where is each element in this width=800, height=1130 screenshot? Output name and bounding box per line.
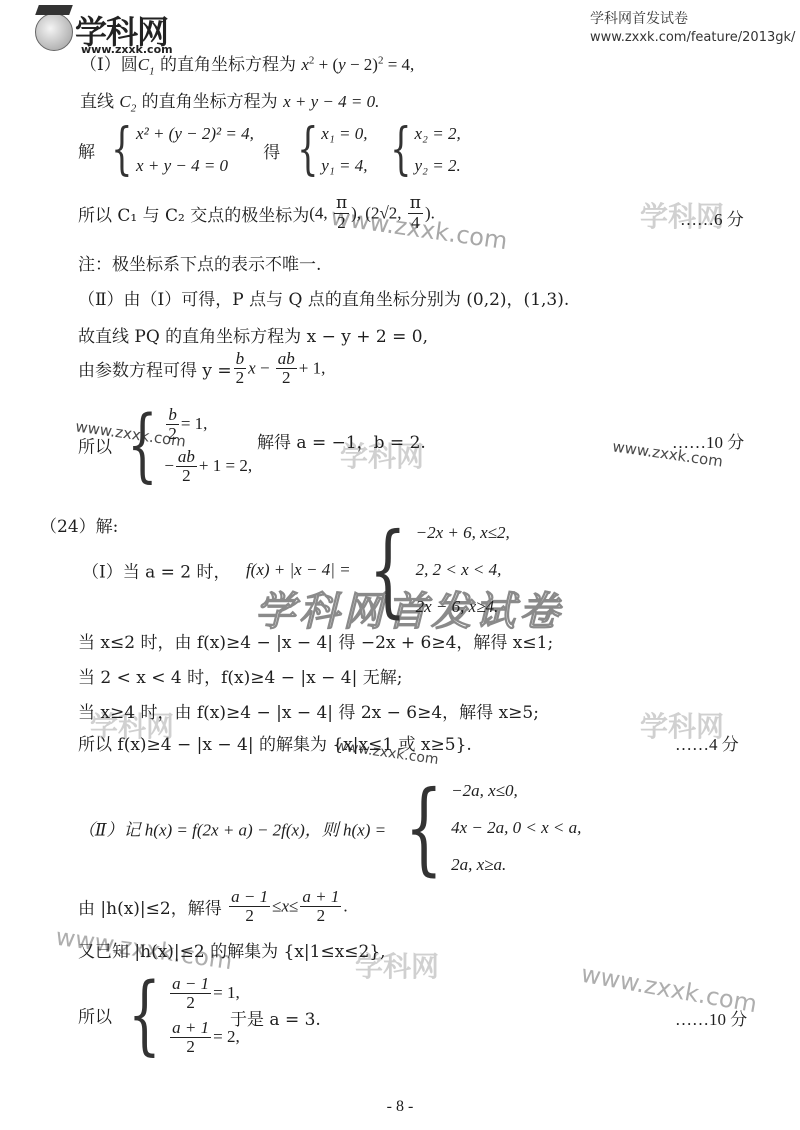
header-link[interactable]: www.zxxk.com/feature/2013gk/: [590, 30, 795, 45]
q24-part2-piecewise: （Ⅱ）记 h(x) = f(2x + a) − 2f(x)，则 h(x) = {…: [78, 778, 581, 878]
q23-part2-system: 所以 { b2= 1, −ab2+ 1 = 2,: [78, 405, 252, 485]
q23-part2-line2: 故直线 PQ 的直角坐标方程为 x − y + 2 = 0,: [78, 322, 428, 347]
header-info: 学科网首发试卷 www.zxxk.com/feature/2013gk/: [590, 8, 795, 45]
q24-line-f: 又已知 |h(x)|≤2 的解集为 {x|1≤x≤2},: [78, 937, 386, 962]
q24-line-c: 当 x≥4 时，由 f(x)≥4 − |x − 4| 得 2x − 6≥4，解得…: [78, 698, 539, 723]
q23-part2-line3: 由参数方程可得 y =b2x − ab2+ 1,: [78, 350, 325, 387]
graduation-cap-icon: [35, 5, 73, 15]
q23-part1-line1: （Ⅰ）圆C1 的直角坐标方程为 x2 + (y − 2)2 = 4,: [80, 50, 414, 77]
q24-line-b: 当 2 < x < 4 时，f(x)≥4 − |x − 4| 无解;: [78, 663, 402, 688]
score-6: ……6 分: [680, 205, 744, 230]
q23-part1-line2: 直线 C2 的直角坐标方程为 x + y − 4 = 0.: [80, 87, 379, 114]
mascot-icon: [35, 13, 73, 51]
q23-polar-coordinates: 所以 C₁ 与 C₂ 交点的极坐标为(4, π2), (2√2, π4).: [78, 195, 435, 232]
header-title: 学科网首发试卷: [590, 8, 795, 28]
page-number: - 8 -: [0, 1098, 800, 1116]
q24-line-e: 由 |h(x)|≤2，解得 a − 12≤x≤a + 12.: [78, 888, 348, 925]
q23-note: 注：极坐标系下点的表示不唯一.: [78, 250, 321, 275]
q24-result: 于是 a = 3.: [230, 1005, 321, 1030]
q23-result: 解得 a = −1，b = 2.: [257, 428, 426, 453]
q24-part2-system: 所以 { a − 12= 1, a + 12= 2,: [78, 972, 240, 1058]
score-10: ……10 分: [675, 1005, 747, 1030]
q24-part1-piecewise: （Ⅰ）当 a = 2 时， f(x) + |x − 4| = { −2x + 6…: [82, 520, 510, 620]
score-4: ……4 分: [675, 730, 739, 755]
q24-line-d: 所以 f(x)≥4 − |x − 4| 的解集为 {x|x≤1 或 x≥5}.: [78, 730, 472, 755]
q23-solve-system: 解 { x² + (y − 2)² = 4, x + y − 4 = 0 得 {…: [78, 122, 461, 178]
q23-part2-line1: （Ⅱ）由（Ⅰ）可得，P 点与 Q 点的直角坐标分别为 (0,2)，(1,3).: [78, 285, 569, 310]
score-10: ……10 分: [672, 428, 744, 453]
q24-line-a: 当 x≤2 时，由 f(x)≥4 − |x − 4| 得 −2x + 6≥4，解…: [78, 628, 553, 653]
